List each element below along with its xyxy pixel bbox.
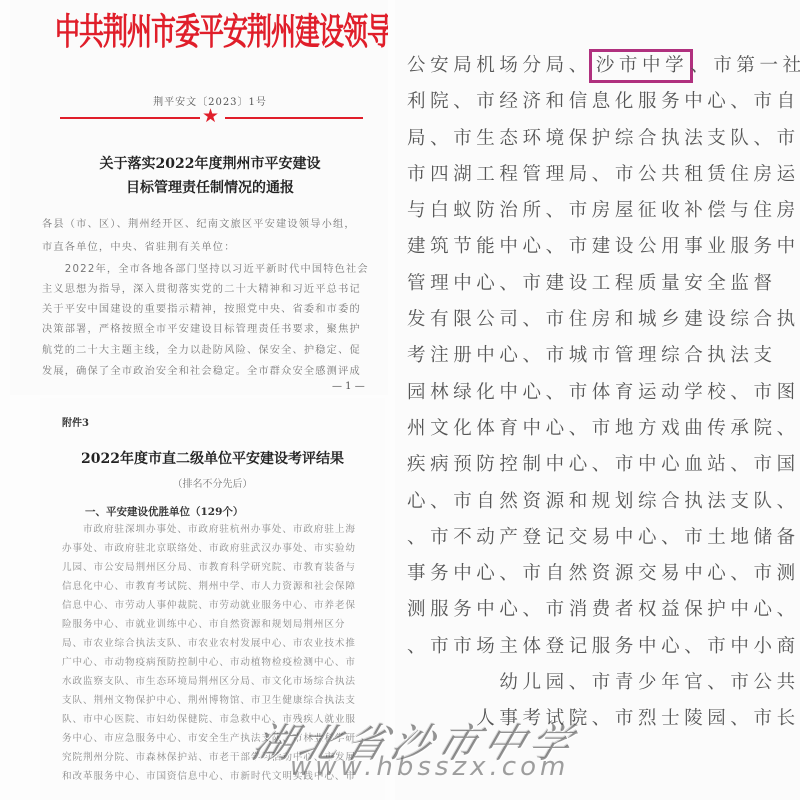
- attachment-label: 附件3: [62, 414, 89, 429]
- results-title: 2022年度市直二级单位平安建设考评结果: [40, 448, 385, 468]
- body-line: 关于平安中国建设的重要指示精神，按照党中央、省委和市委的: [42, 300, 361, 319]
- addressee-line-2: 市直各单位，中央、省驻荆有关单位：: [42, 238, 236, 257]
- list-line: 儿园、市公安局荆州区分局、市教育科学研究院、市教育装备与: [62, 558, 374, 577]
- list-line: 办事处、市政府驻北京联络处、市政府驻武汉办事处、市实验幼: [62, 539, 374, 558]
- list-line: 心、市自然资源和规划综合执法支队、: [407, 484, 797, 520]
- list-line: 建筑节能中心、市建设公用事业服务中: [407, 229, 797, 265]
- list-line: 利院、市经济和信息化服务中心、市自: [407, 84, 797, 120]
- list-line: 水政监察支队、市生态环境局荆州区分局、市文化市场综合执法: [62, 672, 374, 691]
- red-star-icon: ★: [202, 106, 219, 126]
- list-line: 考注册中心、市城市管理综合执法支: [407, 338, 797, 374]
- highlighted-school-name: 沙市中学: [589, 49, 693, 83]
- list-line: 局、市农业综合执法支队、市农业农村发展中心、市农业技术推: [62, 634, 374, 653]
- notice-document-page: 中共荆州市委平安荆州建设领导小组文件 荆平安文〔2023〕1号 ★ 关于落实20…: [10, 0, 388, 395]
- body-line: 发展，确保了全市政治安全和社会稳定。全市群众安全感测评成: [42, 362, 361, 381]
- list-line: 管理中心、市建设工程质量安全监督: [407, 266, 797, 302]
- page-number: — 1 —: [332, 381, 365, 392]
- list-line-highlighted: 公安局机场分局、沙市中学、市第一社: [407, 48, 797, 84]
- body-line: 2022年，全市各地各部门坚持以习近平新时代中国特色社会: [42, 260, 369, 279]
- addressee-line-1: 各县（市、区）、荆州经开区、纪南文旅区平安建设领导小组，: [42, 215, 356, 234]
- list-line: 支队、荆州文物保护中心、荆州博物馆、市卫生健康综合执法支: [62, 691, 374, 710]
- list-line: 、市市场主体登记服务中心、市中小商: [407, 629, 797, 665]
- list-line: 幼儿园、市青少年官、市公共资源: [407, 665, 797, 701]
- list-line: 险服务中心、市就业训练中心、市自然资源和规划局荆州区分: [62, 615, 374, 634]
- text-before-highlight: 公安局机场分局、: [407, 55, 592, 76]
- document-header-title: 中共荆州市委平安荆州建设领导小组文件: [55, 12, 375, 53]
- section-heading: 一、平安建设优胜单位（129个）: [85, 504, 243, 519]
- body-line: 航党的二十大主题主线，全力以赴防风险、保安全、护稳定、促: [42, 341, 361, 360]
- notice-title-line-1: 关于落实2022年度荆州市平安建设: [10, 152, 388, 176]
- list-line: 与白蚁防治所、市房屋征收补偿与住房: [407, 193, 797, 229]
- list-line: 信息化中心、市教育考试院、荆州中学、市人力资源和社会保障: [62, 577, 374, 596]
- zoomed-list-excerpt: 公安局机场分局、沙市中学、市第一社 利院、市经济和信息化服务中心、市自 局、市生…: [395, 0, 800, 800]
- list-line: 发有限公司、市住房和城乡建设综合执: [407, 302, 797, 338]
- body-line: 决策部署，严格按照全市平安建设目标管理责任书要求，聚焦护: [42, 320, 361, 339]
- list-line: 局、市生态环境保护综合执法支队、市: [407, 121, 797, 157]
- notice-title-line-2: 目标管理责任制情况的通报: [10, 176, 388, 200]
- list-line: 事务中心、市自然资源交易中心、市测: [407, 556, 797, 592]
- list-line: 信息中心、市劳动人事仲裁院、市劳动就业服务中心、市养老保: [62, 596, 374, 615]
- list-line: 、市不动产登记交易中心、市土地储备: [407, 520, 797, 556]
- list-line: 市四湖工程管理局、市公共租赁住房运: [407, 157, 797, 193]
- list-line: 州文化体育中心、市地方戏曲传承院、: [407, 411, 797, 447]
- list-line: 园林绿化中心、市体育运动学校、市图: [407, 375, 797, 411]
- body-line: 主义思想为指导，深入贯彻落实党的二十大精神和习近平总书记: [42, 280, 361, 299]
- red-divider-right: [225, 117, 363, 119]
- list-line: 疾病预防控制中心、市中心血站、市国: [407, 447, 797, 483]
- watermark-url: www.hbsszx.com: [290, 752, 569, 782]
- red-divider-left: [60, 117, 200, 119]
- list-line: 市政府驻深圳办事处、市政府驻杭州办事处、市政府驻上海: [62, 520, 374, 539]
- zoomed-list-text: 公安局机场分局、沙市中学、市第一社 利院、市经济和信息化服务中心、市自 局、市生…: [407, 48, 797, 738]
- text-after-highlight: 、市第一社: [690, 55, 800, 76]
- list-line: 广中心、市动物疫病预防控制中心、市动植物检疫检测中心、市: [62, 653, 374, 672]
- document-number: 荆平安文〔2023〕1号: [10, 93, 388, 108]
- list-line: 测服务中心、市消费者权益保护中心、: [407, 592, 797, 628]
- results-subtitle: （排名不分先后）: [40, 475, 385, 490]
